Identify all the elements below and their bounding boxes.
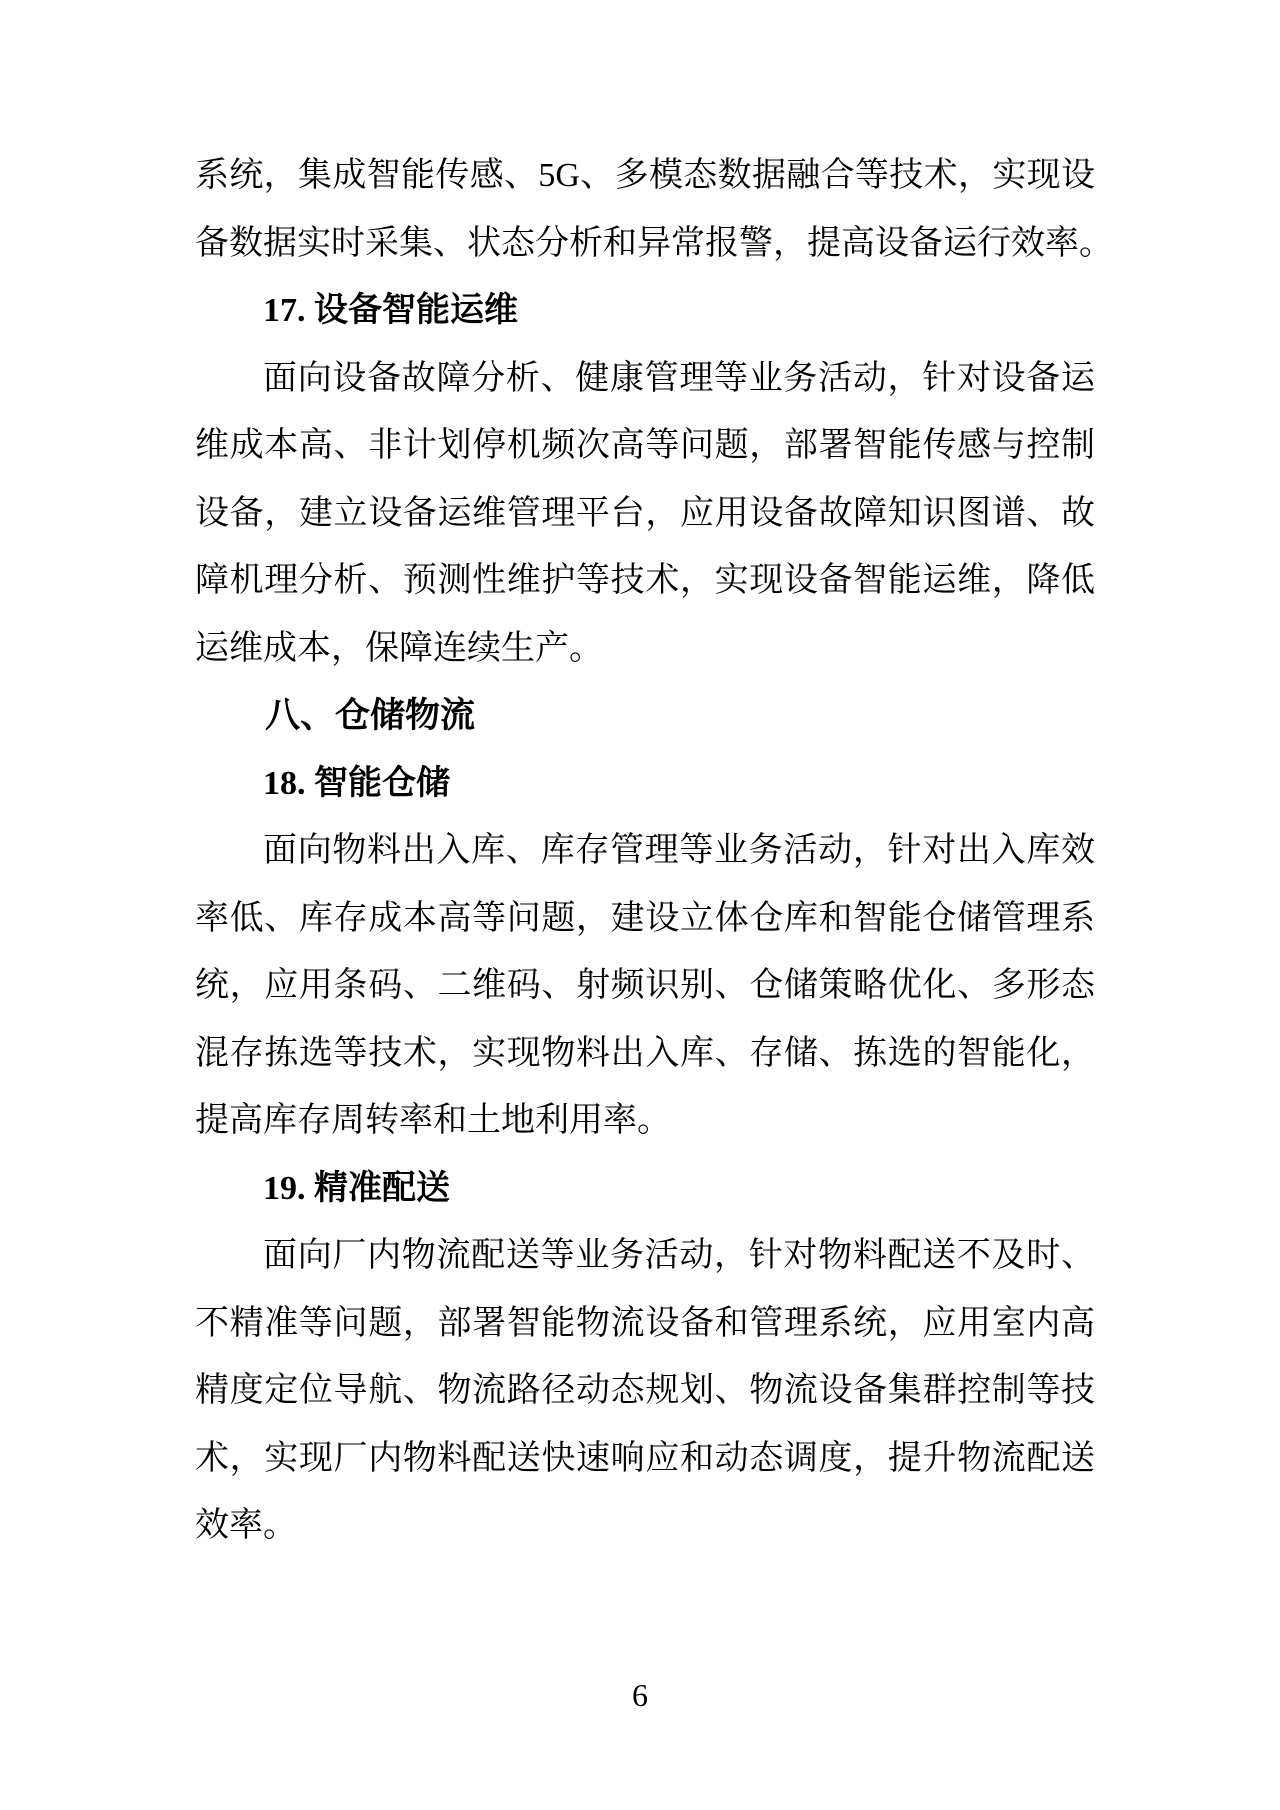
section-heading-8-warehousing-logistics: 八、仓储物流 [195, 682, 1095, 750]
paragraph-continued: 系统，集成智能传感、5G、多模态数据融合等技术，实现设备数据实时采集、状态分析和… [195, 142, 1095, 277]
item-heading-18: 18. 智能仓储 [195, 750, 1095, 818]
page-text-area: 系统，集成智能传感、5G、多模态数据融合等技术，实现设备数据实时采集、状态分析和… [195, 142, 1095, 1560]
page-number: 6 [0, 1678, 1280, 1712]
item-heading-17: 17. 设备智能运维 [195, 277, 1095, 345]
paragraph-item-19: 面向厂内物流配送等业务活动，针对物料配送不及时、不精准等问题，部署智能物流设备和… [195, 1222, 1095, 1560]
item-heading-19: 19. 精准配送 [195, 1155, 1095, 1223]
paragraph-item-17: 面向设备故障分析、健康管理等业务活动，针对设备运维成本高、非计划停机频次高等问题… [195, 345, 1095, 683]
document-page: { "page": { "background_color": "#ffffff… [0, 0, 1280, 1810]
paragraph-item-18: 面向物料出入库、库存管理等业务活动，针对出入库效率低、库存成本高等问题，建设立体… [195, 817, 1095, 1155]
